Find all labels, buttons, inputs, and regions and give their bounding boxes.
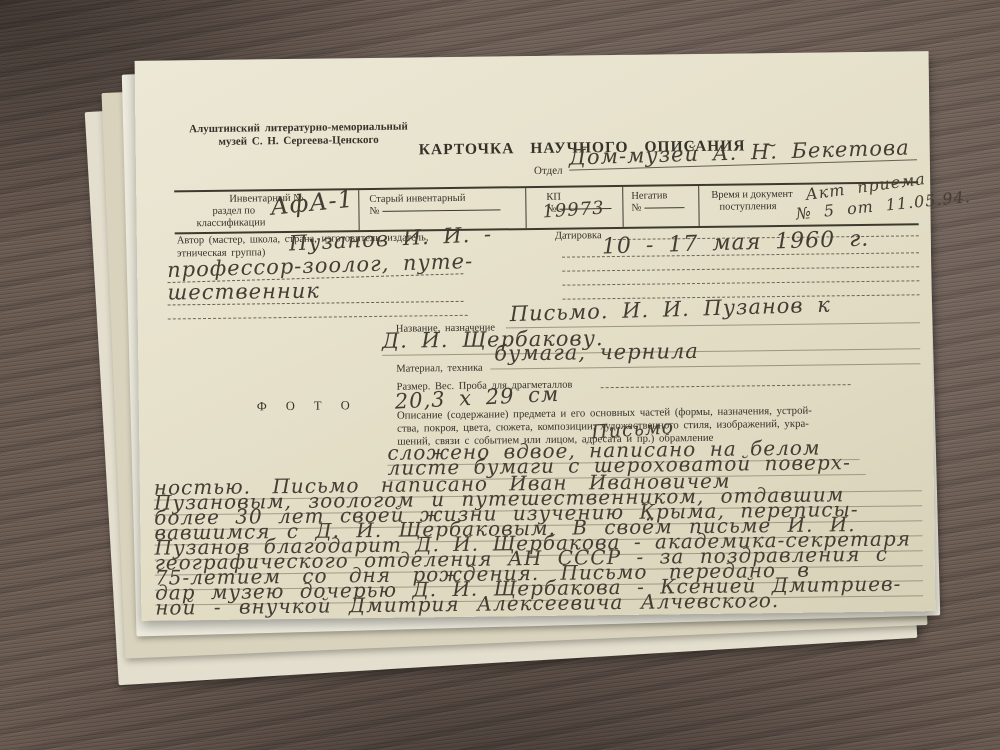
inventory-col-receipt: Время и документ поступления Акт приема … <box>699 183 918 226</box>
ruled-line <box>562 266 919 271</box>
old-number-line: № <box>369 204 525 218</box>
scientific-description-card: Алуштинский литературно-мемориальный муз… <box>135 51 936 621</box>
negative-no-sign: № <box>631 203 641 214</box>
inventory-col-classification: Инвентарный № раздел по классификации Аф… <box>174 190 359 232</box>
ruled-line <box>562 280 919 285</box>
blank-dash-line <box>382 210 500 212</box>
ruled-line <box>168 315 468 320</box>
classification-label-line3: классификации <box>175 216 359 230</box>
kp-number-handwritten: 19973 <box>542 200 605 223</box>
naming-value-line1: Письмо. И. И. Пузанов к <box>509 294 831 326</box>
blank-dash-line <box>644 207 684 208</box>
material-label: Материал, техника <box>396 363 482 375</box>
museum-name: Алуштинский литературно-мемориальный муз… <box>173 120 423 149</box>
dating-label: Датировка <box>555 230 602 242</box>
negative-number-line: № <box>631 202 698 215</box>
department-label: Отдел <box>534 165 563 177</box>
author-value-line3: шественник <box>167 278 463 306</box>
old-number-no-sign: № <box>369 206 379 217</box>
inventory-col-kp: КП № 19973 <box>526 187 623 228</box>
ruled-line <box>601 384 851 388</box>
material-value-handwritten: бумага, чернила <box>494 340 699 365</box>
photo-placeholder-label: Ф О Т О <box>257 398 357 414</box>
negative-label: Негатив <box>631 190 698 203</box>
photo-of-museum-card: { "colors": { "wood_table": "#6a5b52", "… <box>0 0 1000 750</box>
inventory-table: Инвентарный № раздел по классификации Аф… <box>174 181 918 234</box>
inventory-col-negative: Негатив № <box>623 186 699 227</box>
